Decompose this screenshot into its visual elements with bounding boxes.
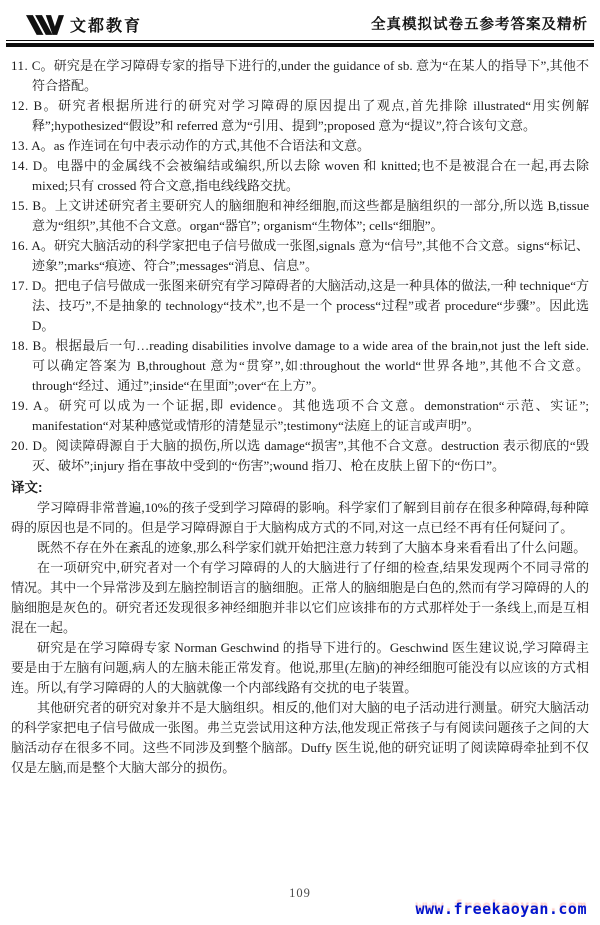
answer-explanation: 研究是在学习障碍专家的指导下进行的,under the guidance of …	[32, 58, 589, 93]
answer-letter: A。	[31, 138, 53, 153]
wendu-logo: 文都教育	[26, 13, 142, 36]
answer-item: 12. B。研究者根据所进行的研究对学习障碍的原因提出了观点,首先排除 illu…	[11, 96, 589, 136]
answer-number: 19.	[11, 398, 29, 413]
answer-number: 12.	[11, 98, 29, 113]
answer-number: 14.	[11, 158, 29, 173]
answer-letter: A。	[31, 238, 54, 253]
answer-letter: A。	[33, 398, 59, 413]
answer-number: 15.	[11, 198, 29, 213]
translation-paragraph: 研究是在学习障碍专家 Norman Geschwind 的指导下进行的。Gesc…	[11, 638, 589, 698]
translation-paragraph: 既然不存在外在紊乱的迹象,那么科学家们就开始把注意力转到了大脑本身来看看出了什么…	[11, 538, 589, 558]
answer-number: 18.	[11, 338, 29, 353]
answer-key-content: 11. C。研究是在学习障碍专家的指导下进行的,under the guidan…	[0, 47, 600, 778]
answer-item: 20. D。阅读障碍源自于大脑的损伤,所以选 damage“损害”,其他不合文意…	[11, 436, 589, 476]
answer-item: 14. D。电器中的金属线不会被编结或编织,所以去除 woven 和 knitt…	[11, 156, 589, 196]
watermark-url: www.freekaoyan.com	[415, 900, 587, 918]
translation-heading: 译文:	[11, 478, 589, 498]
answer-explanation: 电器中的金属线不会被编结或编织,所以去除 woven 和 knitted;也不是…	[32, 158, 589, 193]
answer-explanation: 把电子信号做成一张图来研究有学习障碍者的大脑活动,这是一种具体的做法,一种 te…	[32, 278, 589, 333]
answer-item: 18. B。根据最后一句…reading disabilities involv…	[11, 336, 589, 396]
answer-item: 16. A。研究大脑活动的科学家把电子信号做成一张图,signals 意为“信号…	[11, 236, 589, 276]
translation-paragraph: 其他研究者的研究对象并不是大脑组织。相反的,他们对大脑的电子活动进行测量。研究大…	[11, 698, 589, 778]
answer-item: 15. B。上文讲述研究者主要研究人的脑细胞和神经细胞,而这些都是脑组织的一部分…	[11, 196, 589, 236]
answer-letter: D。	[32, 438, 55, 453]
answer-explanation: 研究可以成为一个证据,即 evidence。其他选项不合文意。demonstra…	[32, 398, 589, 433]
answer-letter: D。	[33, 158, 57, 173]
page-title: 全真模拟试卷五参考答案及精析	[371, 13, 588, 36]
answer-letter: B。	[33, 338, 56, 353]
answer-number: 16.	[11, 238, 29, 253]
page-header: 文都教育 全真模拟试卷五参考答案及精析	[0, 0, 600, 36]
answer-letter: B。	[32, 198, 54, 213]
answer-item: 11. C。研究是在学习障碍专家的指导下进行的,under the guidan…	[11, 56, 589, 96]
answer-number: 11.	[11, 58, 28, 73]
answers-section: 11. C。研究是在学习障碍专家的指导下进行的,under the guidan…	[11, 56, 589, 476]
answer-letter: B。	[34, 98, 59, 113]
page-number: 109	[0, 886, 600, 901]
answer-explanation: 研究大脑活动的科学家把电子信号做成一张图,signals 意为“信号”,其他不合…	[32, 238, 589, 273]
answer-number: 13.	[11, 138, 29, 153]
answer-item: 13. A。as 作连词在句中表示动作的方式,其他不合语法和文意。	[11, 136, 589, 156]
answer-explanation: 上文讲述研究者主要研究人的脑细胞和神经细胞,而这些都是脑组织的一部分,所以选 B…	[32, 198, 589, 233]
answer-item: 19. A。研究可以成为一个证据,即 evidence。其他选项不合文意。dem…	[11, 396, 589, 436]
translation-paragraph: 在一项研究中,研究者对一个有学习障碍的人的大脑进行了仔细的检查,结果发现两个不同…	[11, 558, 589, 638]
answer-number: 20.	[11, 438, 29, 453]
answer-explanation: 研究者根据所进行的研究对学习障碍的原因提出了观点,首先排除 illustrate…	[32, 98, 589, 133]
answer-letter: D。	[32, 278, 54, 293]
document-page: 文都教育 全真模拟试卷五参考答案及精析 11. C。研究是在学习障碍专家的指导下…	[0, 0, 600, 925]
logo-text: 文都教育	[70, 13, 142, 36]
header-divider	[6, 40, 594, 47]
translation-paragraph: 学习障碍非常普遍,10%的孩子受到学习障碍的影响。科学家们了解到目前存在很多种障…	[11, 498, 589, 538]
answer-explanation: 根据最后一句…reading disabilities involve dama…	[32, 338, 589, 393]
answer-explanation: 阅读障碍源自于大脑的损伤,所以选 damage“损害”,其他不合文意。destr…	[32, 438, 589, 473]
answer-number: 17.	[11, 278, 29, 293]
answer-item: 17. D。把电子信号做成一张图来研究有学习障碍者的大脑活动,这是一种具体的做法…	[11, 276, 589, 336]
answer-explanation: as 作连词在句中表示动作的方式,其他不合语法和文意。	[54, 138, 370, 153]
wendu-w-icon	[26, 15, 64, 35]
answer-letter: C。	[32, 58, 54, 73]
translation-section: 学习障碍非常普遍,10%的孩子受到学习障碍的影响。科学家们了解到目前存在很多种障…	[11, 498, 589, 778]
